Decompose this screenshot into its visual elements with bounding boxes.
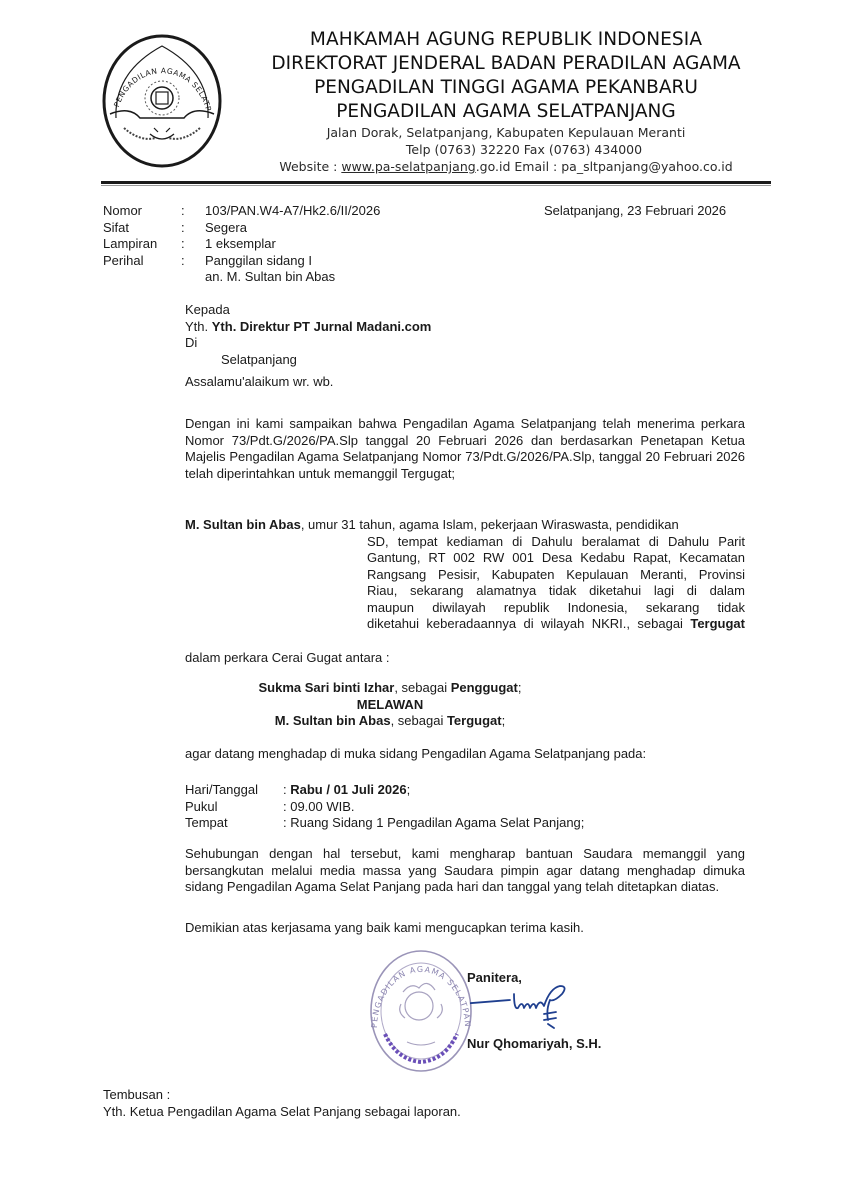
cc-label: Tembusan : <box>103 1087 461 1104</box>
recipient-kepada: Kepada <box>185 302 431 319</box>
place-date: Selatpanjang, 23 Februari 2026 <box>544 203 726 220</box>
identity-line: Rangsang Pesisir, Kabupaten Kepulauan Me… <box>367 567 745 584</box>
meta-label: Perihal <box>103 253 181 270</box>
identity-line: maupun diwilayah republik Indonesia, sek… <box>367 600 745 617</box>
website-link[interactable]: www.pa-selatpanjang <box>341 159 475 174</box>
schedule-label: Hari/Tanggal <box>185 782 283 799</box>
identity-line: Gantung, RT 002 RW 001 Desa Kedabu Rapat… <box>367 550 745 567</box>
court-logo: PENGADILAN AGAMA SELATPANJANG <box>100 32 224 170</box>
schedule-value: : Rabu / 01 Juli 2026; <box>283 782 410 799</box>
greeting: Assalamu'alaikum wr. wb. <box>185 374 333 391</box>
letterhead-divider <box>101 181 771 184</box>
defendant-line: M. Sultan bin Abas, sebagai Tergugat; <box>185 713 595 730</box>
meta-row-sifat: Sifat : Segera <box>103 220 380 237</box>
meta-value: Panggilan sidang I <box>205 253 312 270</box>
svg-text:PENGADILAN AGAMA SELATPANJANG: PENGADILAN AGAMA SELATPANJANG <box>100 32 213 112</box>
meta-row-perihal-cont: an. M. Sultan bin Abas <box>103 269 380 286</box>
letterhead-line-4: PENGADILAN AGAMA SELATPANJANG <box>228 100 784 124</box>
identity-text: , umur 31 tahun, agama Islam, pekerjaan … <box>301 517 679 532</box>
defendant-name: M. Sultan bin Abas <box>275 713 391 728</box>
recipient-block: Kepada Yth. Yth. Direktur PT Jurnal Mada… <box>185 302 431 368</box>
case-intro: dalam perkara Cerai Gugat antara : <box>185 650 390 667</box>
meta-colon: : <box>181 236 205 253</box>
identity-role: Tergugat <box>690 616 745 631</box>
meta-label <box>103 269 181 286</box>
meta-value: an. M. Sultan bin Abas <box>205 269 335 286</box>
meta-row-nomor: Nomor : 103/PAN.W4-A7/Hk2.6/II/2026 <box>103 203 380 220</box>
closing-line: Demikian atas kerjasama yang baik kami m… <box>185 920 584 937</box>
identity-first-line: M. Sultan bin Abas, umur 31 tahun, agama… <box>185 517 745 534</box>
schedule-day: Hari/Tanggal : Rabu / 01 Juli 2026; <box>185 782 584 799</box>
hearing-date: Rabu / 01 Juli 2026 <box>290 782 406 797</box>
party-text: , sebagai <box>394 680 450 695</box>
schedule-label: Tempat <box>185 815 283 832</box>
plaintiff-name: Sukma Sari binti Izhar <box>259 680 395 695</box>
court-emblem-icon: PENGADILAN AGAMA SELATPANJANG <box>100 32 224 170</box>
hearing-schedule: Hari/Tanggal : Rabu / 01 Juli 2026; Puku… <box>185 782 584 832</box>
meta-label: Lampiran <box>103 236 181 253</box>
meta-colon: : <box>181 220 205 237</box>
paragraph-request: Sehubungan dengan hal tersebut, kami men… <box>185 846 745 896</box>
hearing-time: : 09.00 WIB. <box>283 799 355 816</box>
defendant-name: M. Sultan bin Abas <box>185 517 301 532</box>
party-text: , sebagai <box>391 713 447 728</box>
meta-colon <box>181 269 205 286</box>
letterhead-contact: Website : www.pa-selatpanjang.go.id Emai… <box>228 158 784 175</box>
meta-value: 1 eksemplar <box>205 236 276 253</box>
identity-text: diketahui keberadaannya di wilayah NKRI.… <box>367 616 690 631</box>
carbon-copy: Tembusan : Yth. Ketua Pengadilan Agama S… <box>103 1087 461 1120</box>
identity-line: Riau, sekarang alamatnya tidak diketahui… <box>367 583 745 600</box>
website-domain: .go.id <box>476 159 511 174</box>
meta-value: Segera <box>205 220 247 237</box>
plaintiff-line: Sukma Sari binti Izhar, sebagai Pengguga… <box>185 680 595 697</box>
signatory-name: Nur Qhomariyah, S.H. <box>467 1036 601 1051</box>
summons-intro: agar datang menghadap di muka sidang Pen… <box>185 746 646 763</box>
versus: MELAWAN <box>185 697 595 714</box>
identity-line-last: diketahui keberadaannya di wilayah NKRI.… <box>367 616 745 633</box>
signature-icon <box>470 980 580 1035</box>
email-address: pa_sltpanjang@yahoo.co.id <box>561 159 732 174</box>
defendant-role: Tergugat <box>447 713 502 728</box>
schedule-end: ; <box>407 782 411 797</box>
letterhead-line-2: DIREKTORAT JENDERAL BADAN PERADILAN AGAM… <box>228 52 784 76</box>
versus-label: MELAWAN <box>357 697 423 712</box>
meta-row-perihal: Perihal : Panggilan sidang I <box>103 253 380 270</box>
plaintiff-role: Penggugat <box>451 680 518 695</box>
identity-line: SD, tempat kediaman di Dahulu beralamat … <box>367 534 745 551</box>
meta-label: Sifat <box>103 220 181 237</box>
party-text: ; <box>518 680 522 695</box>
letterhead-address: Jalan Dorak, Selatpanjang, Kabupaten Kep… <box>228 124 784 141</box>
party-text: ; <box>502 713 506 728</box>
recipient-city: Selatpanjang <box>185 352 431 369</box>
website-label: Website : <box>279 159 341 174</box>
paragraph-intro: Dengan ini kami sampaikan bahwa Pengadil… <box>185 416 745 482</box>
recipient-di: Di <box>185 335 431 352</box>
meta-value: 103/PAN.W4-A7/Hk2.6/II/2026 <box>205 203 380 220</box>
identity-lines: SD, tempat kediaman di Dahulu beralamat … <box>367 534 745 633</box>
letterhead-phone: Telp (0763) 32220 Fax (0763) 434000 <box>228 141 784 158</box>
meta-row-lampiran: Lampiran : 1 eksemplar <box>103 236 380 253</box>
letterhead-line-3: PENGADILAN TINGGI AGAMA PEKANBARU <box>228 76 784 100</box>
handwritten-signature <box>470 980 580 1035</box>
recipient-prefix: Yth. <box>185 319 212 334</box>
recipient-line: Yth. Yth. Direktur PT Jurnal Madani.com <box>185 319 431 336</box>
official-stamp: PENGADILAN AGAMA SELATPANJANG <box>367 948 475 1074</box>
email-label: Email : <box>510 159 561 174</box>
case-parties: Sukma Sari binti Izhar, sebagai Pengguga… <box>185 680 595 730</box>
meta-colon: : <box>181 203 205 220</box>
hearing-place: : Ruang Sidang 1 Pengadilan Agama Selat … <box>283 815 584 832</box>
cc-recipient: Yth. Ketua Pengadilan Agama Selat Panjan… <box>103 1104 461 1121</box>
court-stamp-icon: PENGADILAN AGAMA SELATPANJANG <box>367 948 475 1074</box>
defendant-identity: M. Sultan bin Abas, umur 31 tahun, agama… <box>185 517 745 633</box>
letterhead-line-1: MAHKAMAH AGUNG REPUBLIK INDONESIA <box>228 28 784 52</box>
letter-meta: Nomor : 103/PAN.W4-A7/Hk2.6/II/2026 Sifa… <box>103 203 380 286</box>
schedule-label: Pukul <box>185 799 283 816</box>
schedule-place: Tempat : Ruang Sidang 1 Pengadilan Agama… <box>185 815 584 832</box>
schedule-time: Pukul : 09.00 WIB. <box>185 799 584 816</box>
meta-label: Nomor <box>103 203 181 220</box>
recipient-name: Yth. Direktur PT Jurnal Madani.com <box>212 319 432 334</box>
meta-colon: : <box>181 253 205 270</box>
letterhead: MAHKAMAH AGUNG REPUBLIK INDONESIA DIREKT… <box>228 28 784 175</box>
letterhead-divider-thin <box>101 185 771 186</box>
